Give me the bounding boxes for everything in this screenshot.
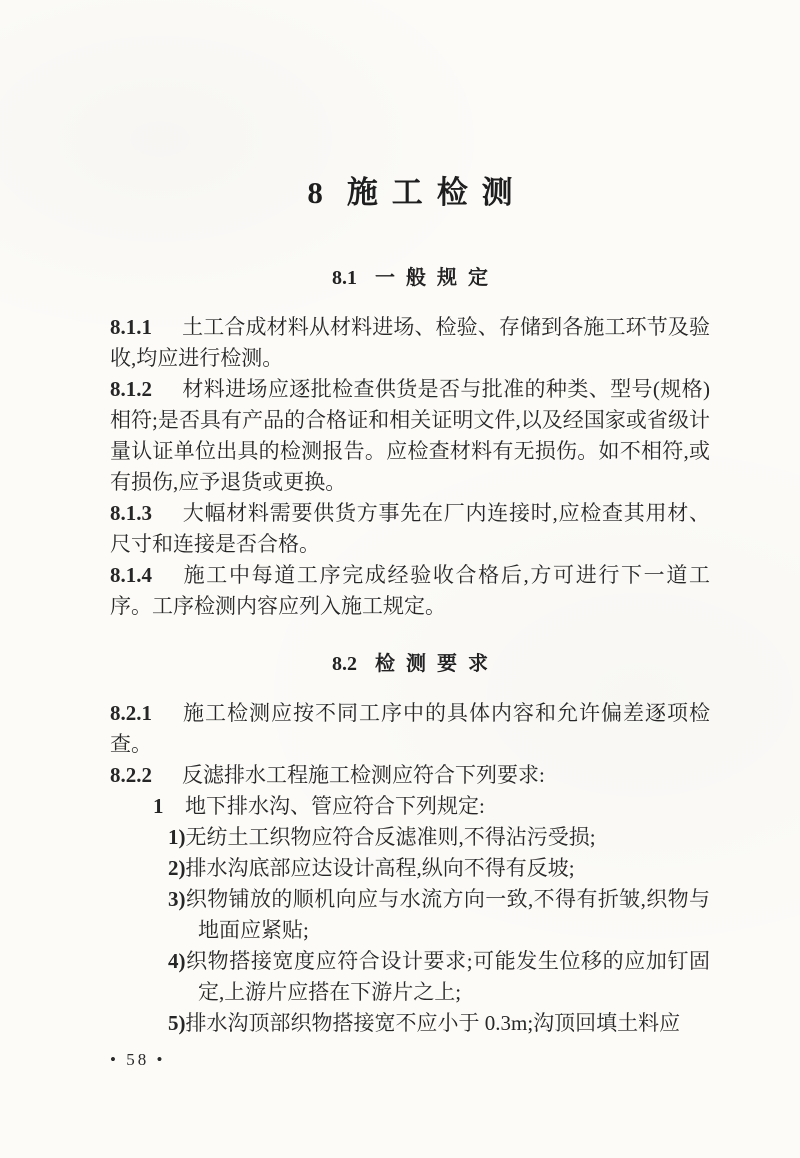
subitem-4-text: 织物搭接宽度应符合设计要求;可能发生位移的应加钉固定,上游片应搭在下游片之上; bbox=[186, 949, 711, 1004]
subitem-3: 3)织物铺放的顺机向应与水流方向一致,不得有折皱,织物与地面应紧贴; bbox=[110, 884, 710, 946]
clause-8-2-1-number: 8.2.1 bbox=[110, 698, 182, 729]
section-heading-8-2: 8.2检测要求 bbox=[110, 649, 710, 679]
clause-8-1-3: 8.1.3大幅材料需要供货方事先在厂内连接时,应检查其用材、尺寸和连接是否合格。 bbox=[110, 498, 710, 560]
subitem-3-text: 织物铺放的顺机向应与水流方向一致,不得有折皱,织物与地面应紧贴; bbox=[186, 887, 711, 942]
subitem-1-marker: 1) bbox=[168, 825, 186, 849]
clause-8-1-1: 8.1.1土工合成材料从材料进场、检验、存储到各施工环节及验收,均应进行检测。 bbox=[110, 312, 710, 374]
list-item-1-text: 地下排水沟、管应符合下列规定: bbox=[185, 794, 485, 818]
subitem-2-text: 排水沟底部应达设计高程,纵向不得有反坡; bbox=[186, 856, 575, 880]
clause-8-1-4-text: 施工中每道工序完成经验收合格后,方可进行下一道工序。工序检测内容应列入施工规定。 bbox=[110, 563, 710, 618]
subitem-2-marker: 2) bbox=[168, 856, 186, 880]
section-heading-8-1: 8.1一般规定 bbox=[110, 263, 710, 293]
chapter-title-text: 施工检测 bbox=[347, 175, 527, 210]
clause-8-1-1-text: 土工合成材料从材料进场、检验、存储到各施工环节及验收,均应进行检测。 bbox=[110, 315, 710, 370]
clause-8-2-2-number: 8.2.2 bbox=[110, 760, 182, 791]
section-8-1-body: 8.1.1土工合成材料从材料进场、检验、存储到各施工环节及验收,均应进行检测。 … bbox=[110, 312, 710, 622]
subitem-2: 2)排水沟底部应达设计高程,纵向不得有反坡; bbox=[110, 853, 710, 884]
page-number: • 58 • bbox=[110, 1049, 165, 1071]
subitem-4-marker: 4) bbox=[168, 949, 186, 973]
page-content: 8施工检测 8.1一般规定 8.1.1土工合成材料从材料进场、检验、存储到各施工… bbox=[110, 0, 710, 1039]
section-8-2-body: 8.2.1施工检测应按不同工序中的具体内容和允许偏差逐项检查。 8.2.2反滤排… bbox=[110, 698, 710, 1039]
list-item-1: 1地下排水沟、管应符合下列规定: bbox=[110, 791, 710, 822]
clause-8-1-1-number: 8.1.1 bbox=[110, 312, 182, 343]
subitem-3-marker: 3) bbox=[168, 887, 186, 911]
document-page: 8施工检测 8.1一般规定 8.1.1土工合成材料从材料进场、检验、存储到各施工… bbox=[0, 0, 800, 1158]
clause-8-2-1-text: 施工检测应按不同工序中的具体内容和允许偏差逐项检查。 bbox=[110, 701, 710, 756]
section-8-1-title: 一般规定 bbox=[375, 267, 499, 289]
subitem-5-marker: 5) bbox=[168, 1011, 186, 1035]
clause-8-2-2: 8.2.2反滤排水工程施工检测应符合下列要求: bbox=[110, 760, 710, 791]
clause-8-1-3-number: 8.1.3 bbox=[110, 498, 182, 529]
chapter-number: 8 bbox=[307, 175, 323, 210]
subitem-5: 5)排水沟顶部织物搭接宽不应小于 0.3m;沟顶回填土料应 bbox=[110, 1008, 710, 1039]
clause-8-1-2-text: 材料进场应逐批检查供货是否与批准的种类、型号(规格)相符;是否具有产品的合格证和… bbox=[110, 377, 710, 494]
clause-8-1-3-text: 大幅材料需要供货方事先在厂内连接时,应检查其用材、尺寸和连接是否合格。 bbox=[110, 501, 710, 556]
subitem-5-text: 排水沟顶部织物搭接宽不应小于 0.3m;沟顶回填土料应 bbox=[186, 1011, 681, 1035]
section-8-1-number: 8.1 bbox=[332, 267, 357, 289]
chapter-title: 8施工检测 bbox=[110, 172, 710, 214]
clause-8-2-2-text: 反滤排水工程施工检测应符合下列要求: bbox=[182, 763, 545, 787]
section-8-2-title: 检测要求 bbox=[375, 653, 499, 675]
list-item-1-marker: 1 bbox=[153, 791, 185, 822]
section-8-2-number: 8.2 bbox=[332, 653, 357, 675]
subitem-1: 1)无纺土工织物应符合反滤准则,不得沾污受损; bbox=[110, 822, 710, 853]
clause-8-1-4-number: 8.1.4 bbox=[110, 560, 182, 591]
clause-8-1-2: 8.1.2材料进场应逐批检查供货是否与批准的种类、型号(规格)相符;是否具有产品… bbox=[110, 374, 710, 498]
clause-8-1-4: 8.1.4施工中每道工序完成经验收合格后,方可进行下一道工序。工序检测内容应列入… bbox=[110, 560, 710, 622]
clause-8-2-1: 8.2.1施工检测应按不同工序中的具体内容和允许偏差逐项检查。 bbox=[110, 698, 710, 760]
subitem-1-text: 无纺土工织物应符合反滤准则,不得沾污受损; bbox=[186, 825, 596, 849]
subitem-4: 4)织物搭接宽度应符合设计要求;可能发生位移的应加钉固定,上游片应搭在下游片之上… bbox=[110, 946, 710, 1008]
clause-8-1-2-number: 8.1.2 bbox=[110, 374, 182, 405]
